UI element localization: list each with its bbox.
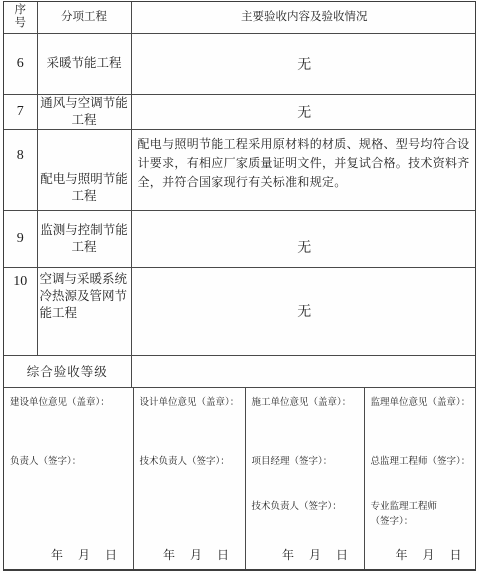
item-number-cell: 10 xyxy=(4,267,37,355)
item-project-cell: 采暖节能工程 xyxy=(37,33,131,94)
constructor-tech-lead-signature-label: 技术负责人（签字）： xyxy=(252,500,342,515)
construction-owner-opinion-cell: 建设单位意见（盖章）： 负责人（签字）： 年 月 日 xyxy=(4,388,133,572)
item-row-10: 10 空调与采暖系统 冷热源及管网节 能工程 无 xyxy=(4,267,476,355)
item-number-cell: 6 xyxy=(4,33,37,94)
supervisor-opinion-heading: 监理单位意见（盖章）： xyxy=(371,394,471,408)
signoff-section: 建设单位意见（盖章）： 负责人（签字）： 年 月 日 设计单位意见（盖章）： 技… xyxy=(4,388,476,572)
seq-header-label: 序号 xyxy=(14,4,26,30)
item-number-cell: 8 xyxy=(4,129,37,210)
item-row-9: 9 监测与控制节能 工程 无 xyxy=(4,210,476,267)
document-page: 序号 分项工程 主要验收内容及验收情况 6 采暖节能工程 无 7 通风与空调节能… xyxy=(0,0,479,573)
acceptance-record-table: 序号 分项工程 主要验收内容及验收情况 6 采暖节能工程 无 7 通风与空调节能… xyxy=(3,1,476,571)
item-row-7: 7 通风与空调节能 工程 无 xyxy=(4,94,476,129)
acceptance-items-table: 序号 分项工程 主要验收内容及验收情况 6 采暖节能工程 无 7 通风与空调节能… xyxy=(4,2,476,388)
item-project-cell: 空调与采暖系统 冷热源及管网节 能工程 xyxy=(37,267,131,355)
supervision-unit-opinion-box: 监理单位意见（盖章）： 总监理工程师（签字）： 专业监理工程师 （签字）： 年 … xyxy=(365,388,477,572)
item-row-8: 8 配电与照明节能 工程 配电与照明节能工程采用原材料的材质、规格、型号均符合设… xyxy=(4,129,476,210)
item-content-cell: 无 xyxy=(131,94,476,129)
item-project-cell: 监测与控制节能 工程 xyxy=(37,210,131,267)
constructor-opinion-heading: 施工单位意见（盖章）： xyxy=(252,394,352,408)
item-number-cell: 9 xyxy=(4,210,37,267)
supervision-unit-opinion-cell: 监理单位意见（盖章）： 总监理工程师（签字）： 专业监理工程师 （签字）： 年 … xyxy=(364,388,476,572)
project-header-cell: 分项工程 xyxy=(37,2,131,33)
item-project-cell: 配电与照明节能 工程 xyxy=(37,129,131,210)
design-unit-opinion-box: 设计单位意见（盖章）： 技术负责人（签字）： 年 月 日 xyxy=(134,388,245,572)
constructor-date-line: 年 月 日 xyxy=(282,546,350,563)
summary-grade-label: 综合验收等级 xyxy=(4,355,131,387)
design-opinion-heading: 设计单位意见（盖章）： xyxy=(140,394,240,408)
supervisor-date-line: 年 月 日 xyxy=(395,546,463,563)
header-row: 序号 分项工程 主要验收内容及验收情况 xyxy=(4,2,476,33)
design-unit-opinion-cell: 设计单位意见（盖章）： 技术负责人（签字）： 年 月 日 xyxy=(133,388,245,572)
owner-date-line: 年 月 日 xyxy=(51,546,119,563)
owner-responsible-signature-label: 负责人（签字）： xyxy=(10,453,81,467)
item-content-cell: 无 xyxy=(131,267,476,355)
signoff-row: 建设单位意见（盖章）： 负责人（签字）： 年 月 日 设计单位意见（盖章）： 技… xyxy=(4,388,476,572)
item-content-cell: 无 xyxy=(131,210,476,267)
design-tech-lead-signature-label: 技术负责人（签字）： xyxy=(140,453,230,467)
summary-grade-value-cell xyxy=(131,355,476,387)
construction-owner-opinion-box: 建设单位意见（盖章）： 负责人（签字）： 年 月 日 xyxy=(4,388,133,572)
construction-unit-opinion-cell: 施工单位意见（盖章）： 项目经理（签字）： 技术负责人（签字）： 年 月 日 xyxy=(245,388,364,572)
item-content-cell: 无 xyxy=(131,33,476,94)
item-project-cell: 通风与空调节能 工程 xyxy=(37,94,131,129)
seq-header-cell: 序号 xyxy=(4,2,37,33)
owner-opinion-heading: 建设单位意见（盖章）： xyxy=(10,394,110,408)
project-manager-signature-label: 项目经理（签字）： xyxy=(252,453,333,467)
chief-supervision-engineer-signature-label: 总监理工程师（签字）： xyxy=(371,453,471,467)
specialty-supervision-engineer-signature-label: 专业监理工程师 （签字）： xyxy=(371,500,438,530)
design-date-line: 年 月 日 xyxy=(163,546,231,563)
construction-unit-opinion-box: 施工单位意见（盖章）： 项目经理（签字）： 技术负责人（签字）： 年 月 日 xyxy=(246,388,364,572)
summary-grade-row: 综合验收等级 xyxy=(4,355,476,387)
content-header-cell: 主要验收内容及验收情况 xyxy=(131,2,476,33)
item-number-cell: 7 xyxy=(4,94,37,129)
item-content-cell: 配电与照明节能工程采用原材料的材质、规格、型号均符合设计要求，有相应厂家质量证明… xyxy=(131,129,476,210)
item-row-6: 6 采暖节能工程 无 xyxy=(4,33,476,94)
